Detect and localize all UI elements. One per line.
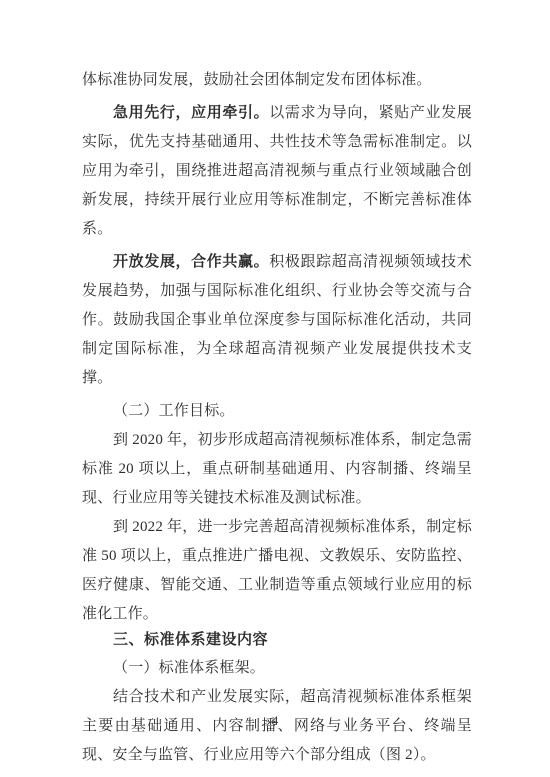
subsection-heading-work-goals: （二）工作目标。 [82,397,472,426]
paragraph-continuation: 体标准协同发展，鼓励社会团体制定发布团体标准。 [82,66,472,95]
document-body: 体标准协同发展，鼓励社会团体制定发布团体标准。 急用先行，应用牵引。以需求为导向… [82,66,472,770]
paragraph-text: 以需求为导向，紧贴产业发展实际，优先支持基础通用、共性技术等急需标准制定。以应用… [82,105,472,237]
paragraph: 开放发展，合作共赢。积极跟踪超高清视频领域技术发展趋势，加强与国际标准化组织、行… [82,248,472,393]
section-heading-standard-system-content: 三、标准体系建设内容 [82,625,472,654]
page-number: 4 [0,712,550,730]
paragraph: 到 2022 年，进一步完善超高清视频标准体系，制定标准 50 项以上，重点推进… [82,513,472,629]
paragraph-text: 积极跟踪超高清视频领域技术发展趋势，加强与国际标准化组织、行业协会等交流与合作。… [82,254,472,386]
document-page: 体标准协同发展，鼓励社会团体制定发布团体标准。 急用先行，应用牵引。以需求为导向… [0,0,550,777]
subsection-heading-framework: （一）标准体系框架。 [82,654,472,683]
paragraph: 到 2020 年，初步形成超高清视频标准体系，制定急需标准 20 项以上，重点研… [82,426,472,513]
paragraph-bold-lead: 开放发展，合作共赢。 [113,254,269,270]
paragraph-bold-lead: 急用先行，应用牵引。 [113,105,269,121]
paragraph: 急用先行，应用牵引。以需求为导向，紧贴产业发展实际，优先支持基础通用、共性技术等… [82,99,472,244]
